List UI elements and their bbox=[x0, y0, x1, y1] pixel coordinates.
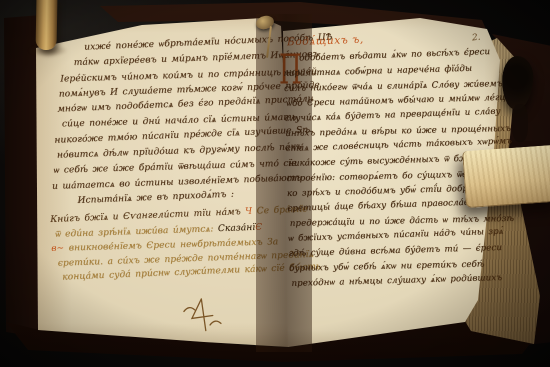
ink-segment: в~ bbox=[51, 244, 69, 255]
right-page-text-block: одоба́етъ вѣ́дати ѧ́кѡ по вьсѣ́хъ є́реси… bbox=[283, 47, 484, 292]
wooden-clasp-bar bbox=[462, 145, 550, 208]
clasp-strap-shadow bbox=[512, 104, 528, 142]
bookmark-stick bbox=[36, 0, 58, 50]
folio-number: 2. bbox=[472, 33, 482, 44]
left-page-text-block-2: Кни́гъ бжїѧ и Єѵангели́сти тїи на́мъ Ч С… bbox=[50, 204, 304, 286]
ink-segment: Сказа́нї bbox=[218, 222, 256, 233]
manuscript-photo: ихже́ поне́же ѡбрѣта́емїи но́симыхъ посо… bbox=[0, 0, 550, 367]
left-page-text-block-1: ихже́ поне́же ѡбрѣта́емїи но́симыхъ посо… bbox=[46, 33, 304, 210]
ink-segment: Є bbox=[255, 222, 262, 232]
ink-flourish bbox=[179, 293, 225, 342]
